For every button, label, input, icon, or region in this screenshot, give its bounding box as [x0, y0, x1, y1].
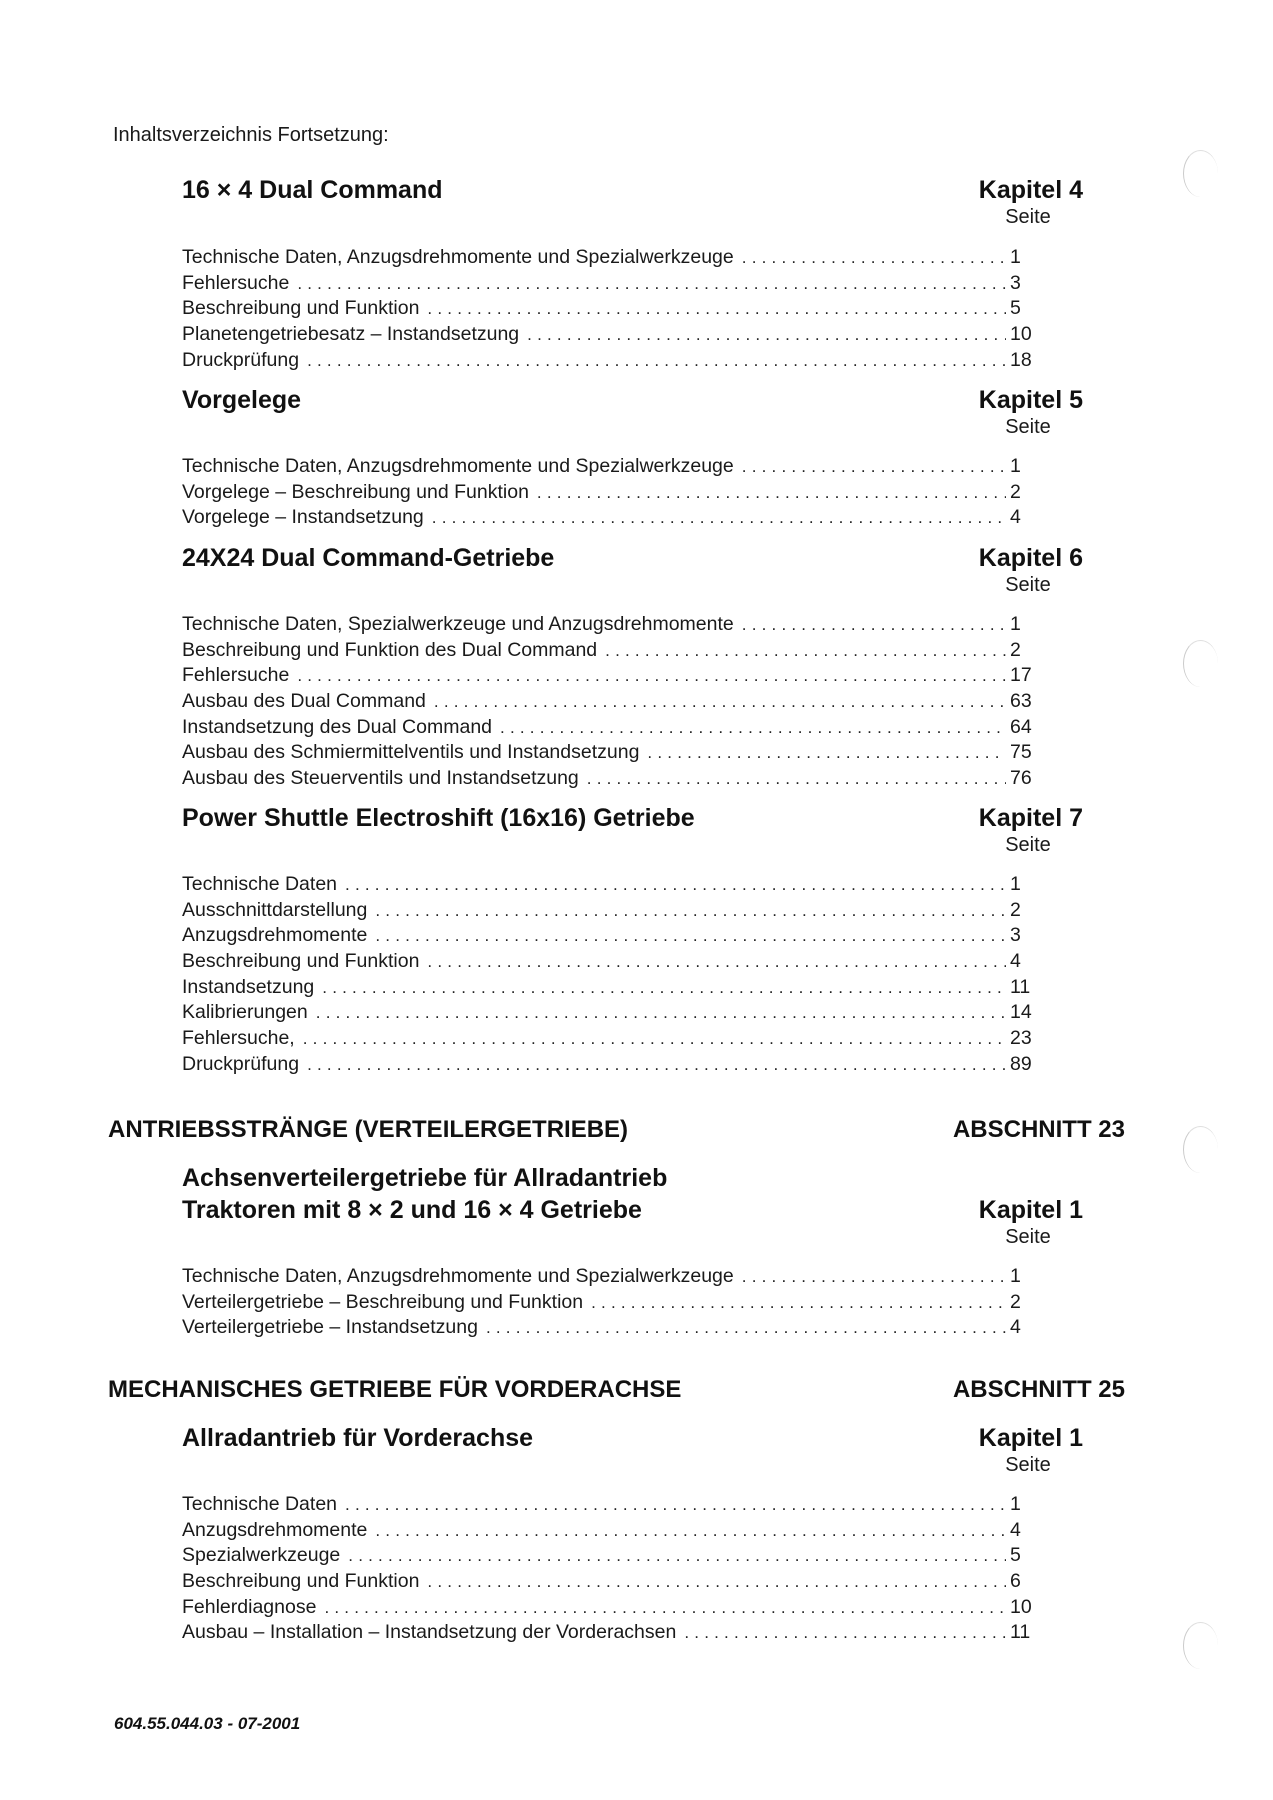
toc-entry: Instandsetzung..........................… [182, 976, 1044, 1002]
toc-entry-title: Instandsetzung [182, 976, 322, 999]
chapter-entries: Technische Daten........................… [182, 1493, 1044, 1647]
toc-entry: Ausbau des Steuerventils und Instandsetz… [182, 767, 1044, 793]
chapter-header: 24X24 Dual Command-Getriebe Kapitel 6 [182, 544, 1083, 573]
toc-entry-title: Fehlerdiagnose [182, 1596, 324, 1619]
toc-entry-title: Fehlersuche [182, 664, 297, 687]
toc-entry-page: 5 [1006, 297, 1044, 320]
toc-entry: Ausschnittdarstellung...................… [182, 899, 1044, 925]
page-column-label: Seite [968, 416, 1088, 439]
toc-entry-page: 1 [1006, 1265, 1044, 1288]
punch-hole-mark [1183, 1126, 1218, 1173]
chapter-title: 16 × 4 Dual Command [182, 176, 443, 205]
dot-leader: ........................................… [432, 508, 1006, 528]
toc-entry-title: Anzugsdrehmomente [182, 1519, 375, 1542]
toc-entry: Ausbau des Schmiermittelventils und Inst… [182, 741, 1044, 767]
toc-entry-page: 1 [1006, 246, 1044, 269]
toc-entry: Ausbau des Dual Command.................… [182, 690, 1044, 716]
toc-entry-page: 1 [1006, 613, 1044, 636]
dot-leader: ........................................… [324, 1598, 1006, 1618]
dot-leader: ........................................… [375, 926, 1006, 946]
chapter-number: Kapitel 4 [979, 176, 1083, 205]
toc-entry: Druckprüfung............................… [182, 349, 1044, 375]
dot-leader: ........................................… [742, 457, 1006, 477]
dot-leader: ........................................… [322, 978, 1006, 998]
toc-entry-page: 1 [1006, 873, 1044, 896]
toc-entry: Technische Daten........................… [182, 873, 1044, 899]
section-title: MECHANISCHES GETRIEBE FÜR VORDERACHSE [108, 1376, 681, 1404]
toc-entry-page: 11 [1006, 976, 1044, 999]
chapter-entries: Technische Daten, Anzugsdrehmomente und … [182, 1265, 1044, 1342]
chapter-number: Kapitel 7 [979, 804, 1083, 833]
toc-entry-page: 6 [1006, 1570, 1044, 1593]
chapter-entries: Technische Daten........................… [182, 873, 1044, 1079]
page-column-label: Seite [968, 834, 1088, 857]
toc-entry-page: 2 [1006, 1291, 1044, 1314]
toc-entry-title: Vorgelege – Instandsetzung [182, 506, 432, 529]
chapter-number: Kapitel 6 [979, 544, 1083, 573]
toc-entry-page: 18 [1006, 349, 1044, 372]
chapter-header: Allradantrieb für Vorderachse Kapitel 1 [182, 1424, 1083, 1453]
toc-entry-title: Technische Daten, Anzugsdrehmomente und … [182, 1265, 742, 1288]
toc-entry-title: Ausbau des Dual Command [182, 690, 434, 713]
toc-entry: Beschreibung und Funktion...............… [182, 950, 1044, 976]
toc-entry-title: Fehlersuche, [182, 1027, 303, 1050]
toc-entry: Technische Daten, Anzugsdrehmomente und … [182, 455, 1044, 481]
dot-leader: ........................................… [587, 769, 1006, 789]
dot-leader: ........................................… [427, 952, 1006, 972]
toc-entry-title: Technische Daten [182, 873, 345, 896]
toc-entry: Instandsetzung des Dual Command.........… [182, 716, 1044, 742]
page-column-label: Seite [968, 206, 1088, 229]
page-column-label: Seite [968, 1454, 1088, 1477]
chapter-number: Kapitel 1 [979, 1196, 1083, 1225]
toc-entry-page: 4 [1006, 506, 1044, 529]
dot-leader: ........................................… [527, 325, 1006, 345]
dot-leader: ........................................… [486, 1318, 1006, 1338]
toc-entry: Kalibrierungen..........................… [182, 1001, 1044, 1027]
toc-entry-title: Instandsetzung des Dual Command [182, 716, 500, 739]
toc-entry-title: Druckprüfung [182, 1053, 307, 1076]
toc-entry-page: 2 [1006, 899, 1044, 922]
toc-entry: Fehlersuche.............................… [182, 664, 1044, 690]
chapter-title: Power Shuttle Electroshift (16x16) Getri… [182, 804, 695, 833]
section-title: ANTRIEBSSTRÄNGE (VERTEILERGETRIEBE) [108, 1116, 628, 1144]
toc-entry: Vorgelege – Instandsetzung..............… [182, 506, 1044, 532]
dot-leader: ........................................… [427, 1572, 1006, 1592]
chapter-header: Traktoren mit 8 × 2 und 16 × 4 Getriebe … [182, 1196, 1083, 1225]
toc-continuation-heading: Inhaltsverzeichnis Fortsetzung: [113, 124, 389, 147]
toc-entry-title: Beschreibung und Funktion [182, 297, 427, 320]
toc-entry: Beschreibung und Funktion...............… [182, 1570, 1044, 1596]
toc-entry-page: 1 [1006, 455, 1044, 478]
dot-leader: ........................................… [684, 1623, 1006, 1643]
toc-entry: Ausbau – Installation – Instandsetzung d… [182, 1621, 1044, 1647]
toc-entry-title: Verteilergetriebe – Instandsetzung [182, 1316, 486, 1339]
chapter-title: Traktoren mit 8 × 2 und 16 × 4 Getriebe [182, 1196, 642, 1225]
toc-entry-page: 23 [1006, 1027, 1044, 1050]
chapter-entries: Technische Daten, Anzugsdrehmomente und … [182, 455, 1044, 532]
toc-entry-title: Kalibrierungen [182, 1001, 316, 1024]
dot-leader: ........................................… [345, 1495, 1006, 1515]
toc-entry: Druckprüfung............................… [182, 1053, 1044, 1079]
toc-entry: Anzugsdrehmomente.......................… [182, 924, 1044, 950]
toc-entry-title: Anzugsdrehmomente [182, 924, 375, 947]
toc-entry-page: 17 [1006, 664, 1044, 687]
toc-entry: Fehlerdiagnose..........................… [182, 1596, 1044, 1622]
toc-entry-page: 75 [1006, 741, 1044, 764]
toc-entry-page: 2 [1006, 639, 1044, 662]
toc-entry-page: 14 [1006, 1001, 1044, 1024]
toc-entry-page: 4 [1006, 950, 1044, 973]
dot-leader: ........................................… [742, 1267, 1006, 1287]
toc-entry-title: Ausbau des Schmiermittelventils und Inst… [182, 741, 647, 764]
toc-entry: Technische Daten, Anzugsdrehmomente und … [182, 246, 1044, 272]
toc-entry-page: 4 [1006, 1519, 1044, 1542]
toc-entry: Verteilergetriebe – Beschreibung und Fun… [182, 1291, 1044, 1317]
dot-leader: ........................................… [348, 1546, 1006, 1566]
dot-leader: ........................................… [297, 274, 1006, 294]
toc-entry: Technische Daten........................… [182, 1493, 1044, 1519]
punch-hole-mark [1183, 150, 1218, 197]
toc-entry-title: Ausschnittdarstellung [182, 899, 375, 922]
dot-leader: ........................................… [307, 1055, 1006, 1075]
toc-entry-page: 5 [1006, 1544, 1044, 1567]
dot-leader: ........................................… [307, 351, 1006, 371]
dot-leader: ........................................… [297, 666, 1006, 686]
chapter-title: Vorgelege [182, 386, 301, 415]
toc-entry-title: Ausbau des Steuerventils und Instandsetz… [182, 767, 587, 790]
toc-entry: Planetengetriebesatz – Instandsetzung...… [182, 323, 1044, 349]
toc-entry: Beschreibung und Funktion des Dual Comma… [182, 639, 1044, 665]
dot-leader: ........................................… [500, 718, 1006, 738]
page-column-label: Seite [968, 1226, 1088, 1249]
dot-leader: ........................................… [742, 248, 1006, 268]
chapter-header: 16 × 4 Dual Command Kapitel 4 [182, 176, 1083, 205]
section-number: ABSCHNITT 23 [953, 1116, 1125, 1144]
toc-entry-page: 63 [1006, 690, 1044, 713]
dot-leader: ........................................… [427, 299, 1006, 319]
chapter-title: 24X24 Dual Command-Getriebe [182, 544, 554, 573]
page-column-label: Seite [968, 574, 1088, 597]
toc-entry-page: 3 [1006, 924, 1044, 947]
chapter-number: Kapitel 5 [979, 386, 1083, 415]
toc-entry: Fehlersuche.............................… [182, 272, 1044, 298]
section-header: ANTRIEBSSTRÄNGE (VERTEILERGETRIEBE) ABSC… [108, 1116, 1125, 1144]
toc-entry-page: 64 [1006, 716, 1044, 739]
toc-entry-title: Technische Daten, Anzugsdrehmomente und … [182, 455, 742, 478]
toc-entry-title: Spezialwerkzeuge [182, 1544, 348, 1567]
dot-leader: ........................................… [605, 641, 1006, 661]
punch-hole-mark [1183, 640, 1218, 687]
chapter-number: Kapitel 1 [979, 1424, 1083, 1453]
chapter-header: Vorgelege Kapitel 5 [182, 386, 1083, 415]
toc-entry: Technische Daten, Spezialwerkzeuge und A… [182, 613, 1044, 639]
dot-leader: ........................................… [434, 692, 1006, 712]
dot-leader: ........................................… [345, 875, 1006, 895]
toc-entry-title: Fehlersuche [182, 272, 297, 295]
toc-entry: Beschreibung und Funktion...............… [182, 297, 1044, 323]
toc-entry-page: 11 [1006, 1621, 1044, 1644]
toc-entry-page: 10 [1006, 1596, 1044, 1619]
dot-leader: ........................................… [647, 743, 1006, 763]
toc-entry-title: Beschreibung und Funktion des Dual Comma… [182, 639, 605, 662]
dot-leader: ........................................… [742, 615, 1006, 635]
toc-entry-page: 2 [1006, 481, 1044, 504]
chapter-title: Achsenverteilergetriebe für Allradantrie… [182, 1164, 667, 1193]
toc-entry: Anzugsdrehmomente.......................… [182, 1519, 1044, 1545]
toc-entry-page: 4 [1006, 1316, 1044, 1339]
toc-entry-page: 89 [1006, 1053, 1044, 1076]
document-code-footer: 604.55.044.03 - 07-2001 [114, 1714, 300, 1734]
chapter-entries: Technische Daten, Spezialwerkzeuge und A… [182, 613, 1044, 793]
dot-leader: ........................................… [537, 483, 1006, 503]
toc-entry-title: Planetengetriebesatz – Instandsetzung [182, 323, 527, 346]
chapter-header: Power Shuttle Electroshift (16x16) Getri… [182, 804, 1083, 833]
toc-entry-title: Beschreibung und Funktion [182, 1570, 427, 1593]
toc-entry-title: Technische Daten, Anzugsdrehmomente und … [182, 246, 742, 269]
toc-entry-page: 76 [1006, 767, 1044, 790]
toc-entry-page: 1 [1006, 1493, 1044, 1516]
dot-leader: ........................................… [375, 1521, 1006, 1541]
toc-entry-title: Verteilergetriebe – Beschreibung und Fun… [182, 1291, 591, 1314]
dot-leader: ........................................… [375, 901, 1006, 921]
toc-entry: Spezialwerkzeuge........................… [182, 1544, 1044, 1570]
toc-entry-title: Ausbau – Installation – Instandsetzung d… [182, 1621, 684, 1644]
section-header: MECHANISCHES GETRIEBE FÜR VORDERACHSE AB… [108, 1376, 1125, 1404]
toc-entry-title: Vorgelege – Beschreibung und Funktion [182, 481, 537, 504]
chapter-header: Achsenverteilergetriebe für Allradantrie… [182, 1164, 1083, 1193]
toc-entry-page: 3 [1006, 272, 1044, 295]
toc-entry: Technische Daten, Anzugsdrehmomente und … [182, 1265, 1044, 1291]
toc-entry: Vorgelege – Beschreibung und Funktion...… [182, 481, 1044, 507]
dot-leader: ........................................… [316, 1003, 1006, 1023]
toc-entry-title: Technische Daten [182, 1493, 345, 1516]
chapter-entries: Technische Daten, Anzugsdrehmomente und … [182, 246, 1044, 374]
toc-entry-title: Technische Daten, Spezialwerkzeuge und A… [182, 613, 742, 636]
dot-leader: ........................................… [591, 1293, 1006, 1313]
punch-hole-mark [1183, 1622, 1218, 1669]
toc-entry-title: Beschreibung und Funktion [182, 950, 427, 973]
toc-entry-title: Druckprüfung [182, 349, 307, 372]
dot-leader: ........................................… [303, 1029, 1006, 1049]
chapter-title: Allradantrieb für Vorderachse [182, 1424, 533, 1453]
toc-entry-page: 10 [1006, 323, 1044, 346]
section-number: ABSCHNITT 25 [953, 1376, 1125, 1404]
toc-entry: Fehlersuche,............................… [182, 1027, 1044, 1053]
toc-entry: Verteilergetriebe – Instandsetzung......… [182, 1316, 1044, 1342]
